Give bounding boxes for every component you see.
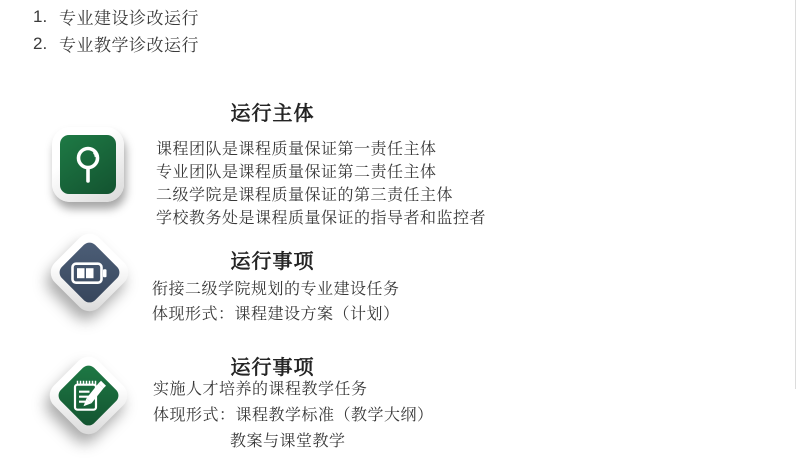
page-edge-line (795, 0, 796, 389)
section-1-line: 专业团队是课程质量保证第二责任主体 (156, 161, 486, 184)
diamond-shape (44, 351, 133, 440)
section-2-icon-frame (58, 241, 121, 304)
section-3-line: 实施人才培养的课程教学任务 (153, 377, 434, 403)
battery-icon (56, 239, 122, 305)
list-text: 专业教学诊改运行 (59, 31, 199, 56)
diamond-shape (45, 228, 134, 317)
section-3-text: 实施人才培养的课程教学任务 体现形式：课程教学标准（教学大纲） 教案与课堂教学 (153, 377, 434, 455)
section-2-line: 衔接二级学院规划的专业建设任务 (152, 277, 400, 302)
notepad-pencil-icon (55, 362, 121, 428)
section-2-title: 运行事项 (150, 245, 395, 274)
list-item: 1. 专业建设诊改运行 (33, 3, 199, 30)
section-3-icon-frame (57, 364, 120, 427)
section-1-line: 课程团队是课程质量保证第一责任主体 (156, 138, 486, 161)
section-1-line: 学校教务处是课程质量保证的指导者和监控者 (156, 207, 486, 230)
section-1-text: 课程团队是课程质量保证第一责任主体 专业团队是课程质量保证第二责任主体 二级学院… (156, 138, 486, 230)
list-text: 专业建设诊改运行 (59, 4, 199, 29)
document-page: 1. 专业建设诊改运行 2. 专业教学诊改运行 运行主体 课程团队是课程质量保证… (0, 0, 799, 466)
section-1-line: 二级学院是课程质量保证的第三责任主体 (156, 184, 486, 207)
list-item: 2. 专业教学诊改运行 (33, 30, 199, 57)
magnifier-icon (60, 135, 116, 194)
section-2-text: 衔接二级学院规划的专业建设任务 体现形式：课程建设方案（计划） (152, 277, 400, 327)
section-3-line: 教案与课堂教学 (230, 429, 434, 455)
list-number: 1. (33, 7, 59, 27)
section-1-title: 运行主体 (150, 97, 395, 126)
section-1-icon-frame (52, 127, 124, 202)
section-2-line: 体现形式：课程建设方案（计划） (152, 302, 400, 327)
list-number: 2. (33, 34, 59, 54)
intro-list: 1. 专业建设诊改运行 2. 专业教学诊改运行 (33, 3, 199, 57)
section-3-line: 体现形式：课程教学标准（教学大纲） (153, 403, 434, 429)
section-3-title: 运行事项 (150, 351, 395, 380)
